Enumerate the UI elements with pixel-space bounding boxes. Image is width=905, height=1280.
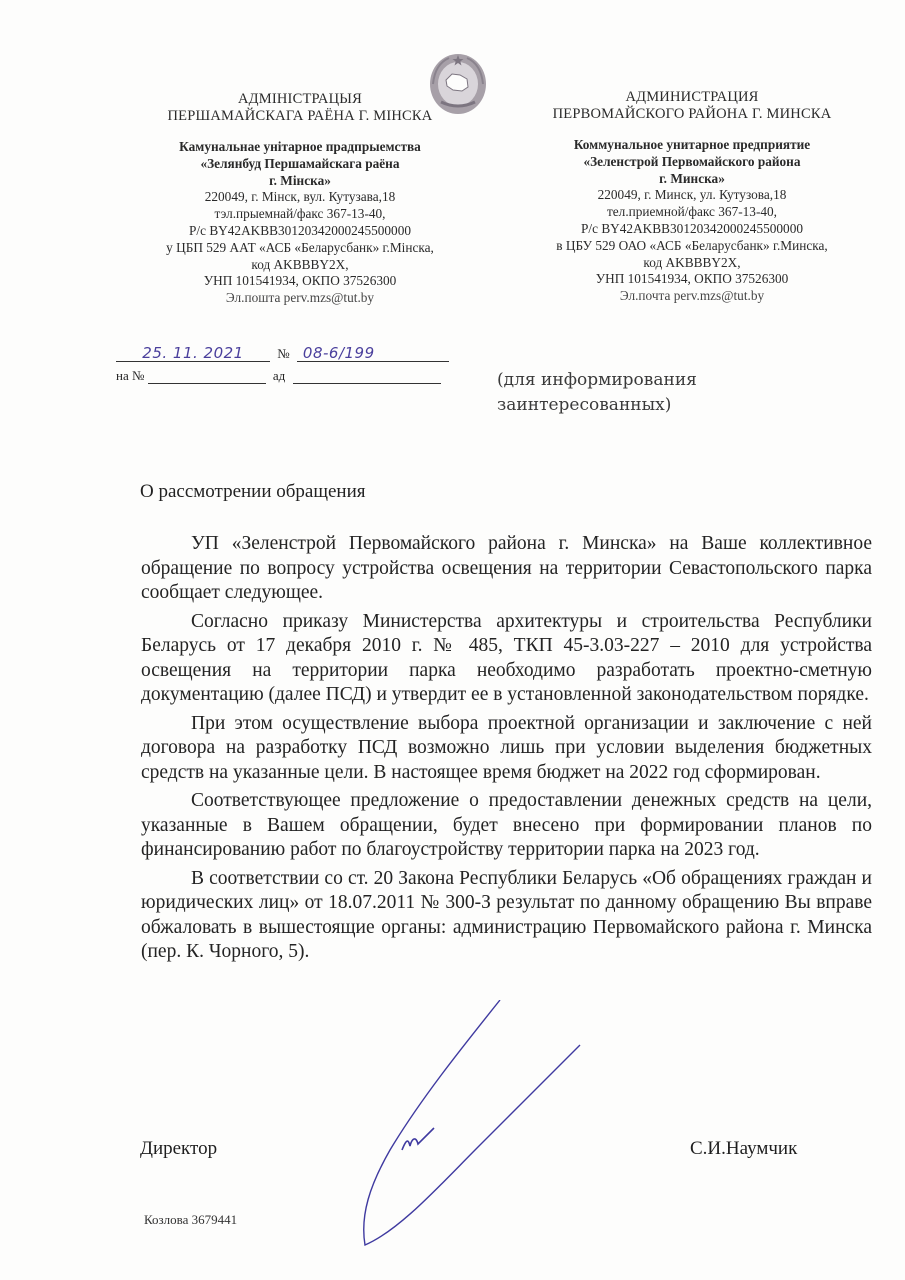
phone: тэл.прыемнай/факс 367-13-40, <box>135 206 465 223</box>
bank-code: код AKBBBY2X, <box>522 255 862 272</box>
email: Эл.почта perv.mzs@tut.by <box>522 288 862 305</box>
address: 220049, г. Минск, ул. Кутузова,18 <box>522 187 862 204</box>
body-paragraph: УП «Зеленстрой Первомайского района г. М… <box>141 532 872 606</box>
phone: тел.приемной/факс 367-13-40, <box>522 204 862 221</box>
executor-contact: Козлова 3679441 <box>144 1212 237 1228</box>
recipient-line2: заинтересованных) <box>497 393 697 418</box>
org-name-line2: ПЕРШАМАЙСКАГА РАЁНА Г. МІНСКА <box>135 108 465 125</box>
registration-ids: УНП 101541934, ОКПО 37526300 <box>522 271 862 288</box>
reference-line: на № ад <box>116 366 441 384</box>
body-paragraph: Согласно приказу Министерства архитектур… <box>141 610 872 708</box>
bank-name: у ЦБП 529 ААТ «АСБ «Беларусбанк» г.Мінск… <box>135 240 465 257</box>
email: Эл.пошта perv.mzs@tut.by <box>135 290 465 307</box>
bank-code: код AKBBBY2X, <box>135 257 465 274</box>
registration-date-number: 25. 11. 2021 № 08-6/199 <box>116 344 449 362</box>
signatory-title: Директор <box>140 1138 217 1160</box>
address: 220049, г. Мінск, вул. Кутузава,18 <box>135 189 465 206</box>
handwritten-signature-icon <box>320 1000 600 1260</box>
signatory-name: С.И.Наумчик <box>690 1138 797 1160</box>
entity-name-line2: «Зеленстрой Первомайского района <box>522 154 862 171</box>
reference-from-label: ад <box>273 368 285 383</box>
belarus-coat-of-arms-icon <box>427 50 489 116</box>
header-left-belarusian: АДМІНІСТРАЦЫЯ ПЕРШАМАЙСКАГА РАЁНА Г. МІН… <box>135 91 465 307</box>
org-name-line1: АДМИНИСТРАЦИЯ <box>522 89 862 106</box>
org-name-line1: АДМІНІСТРАЦЫЯ <box>135 91 465 108</box>
recipient-line1: (для информирования <box>497 368 697 393</box>
letter-subject: О рассмотрении обращения <box>140 481 366 503</box>
body-paragraph: В соответствии со ст. 20 Закона Республи… <box>141 867 872 965</box>
registration-date: 25. 11. 2021 <box>142 344 243 362</box>
entity-name-line3: г. Минска» <box>522 171 862 188</box>
body-paragraph: Соответствующее предложение о предоставл… <box>141 789 872 863</box>
entity-name-line2: «Зелянбуд Першамайскага раёна <box>135 156 465 173</box>
bank-name: в ЦБУ 529 ОАО «АСБ «Беларусбанк» г.Минск… <box>522 238 862 255</box>
registration-ids: УНП 101541934, ОКПО 37526300 <box>135 273 465 290</box>
header-right-russian: АДМИНИСТРАЦИЯ ПЕРВОМАЙСКОГО РАЙОНА Г. МИ… <box>522 89 862 305</box>
bank-account: Р/с BY42AKBB30120342000245500000 <box>522 221 862 238</box>
entity-name-line1: Коммунальное унитарное предприятие <box>522 137 862 154</box>
recipient-block: (для информирования заинтересованных) <box>497 368 697 418</box>
entity-name-line1: Камунальнае унітарное прадпрыемства <box>135 139 465 156</box>
entity-name-line3: г. Мінска» <box>135 173 465 190</box>
letter-body: УП «Зеленстрой Первомайского района г. М… <box>141 532 872 969</box>
org-name-line2: ПЕРВОМАЙСКОГО РАЙОНА Г. МИНСКА <box>522 106 862 123</box>
number-label: № <box>277 346 289 361</box>
body-paragraph: При этом осуществление выбора проектной … <box>141 712 872 786</box>
reference-label: на № <box>116 368 144 383</box>
registration-number: 08-6/199 <box>303 344 375 362</box>
bank-account: Р/с BY42AKBB30120342000245500000 <box>135 223 465 240</box>
